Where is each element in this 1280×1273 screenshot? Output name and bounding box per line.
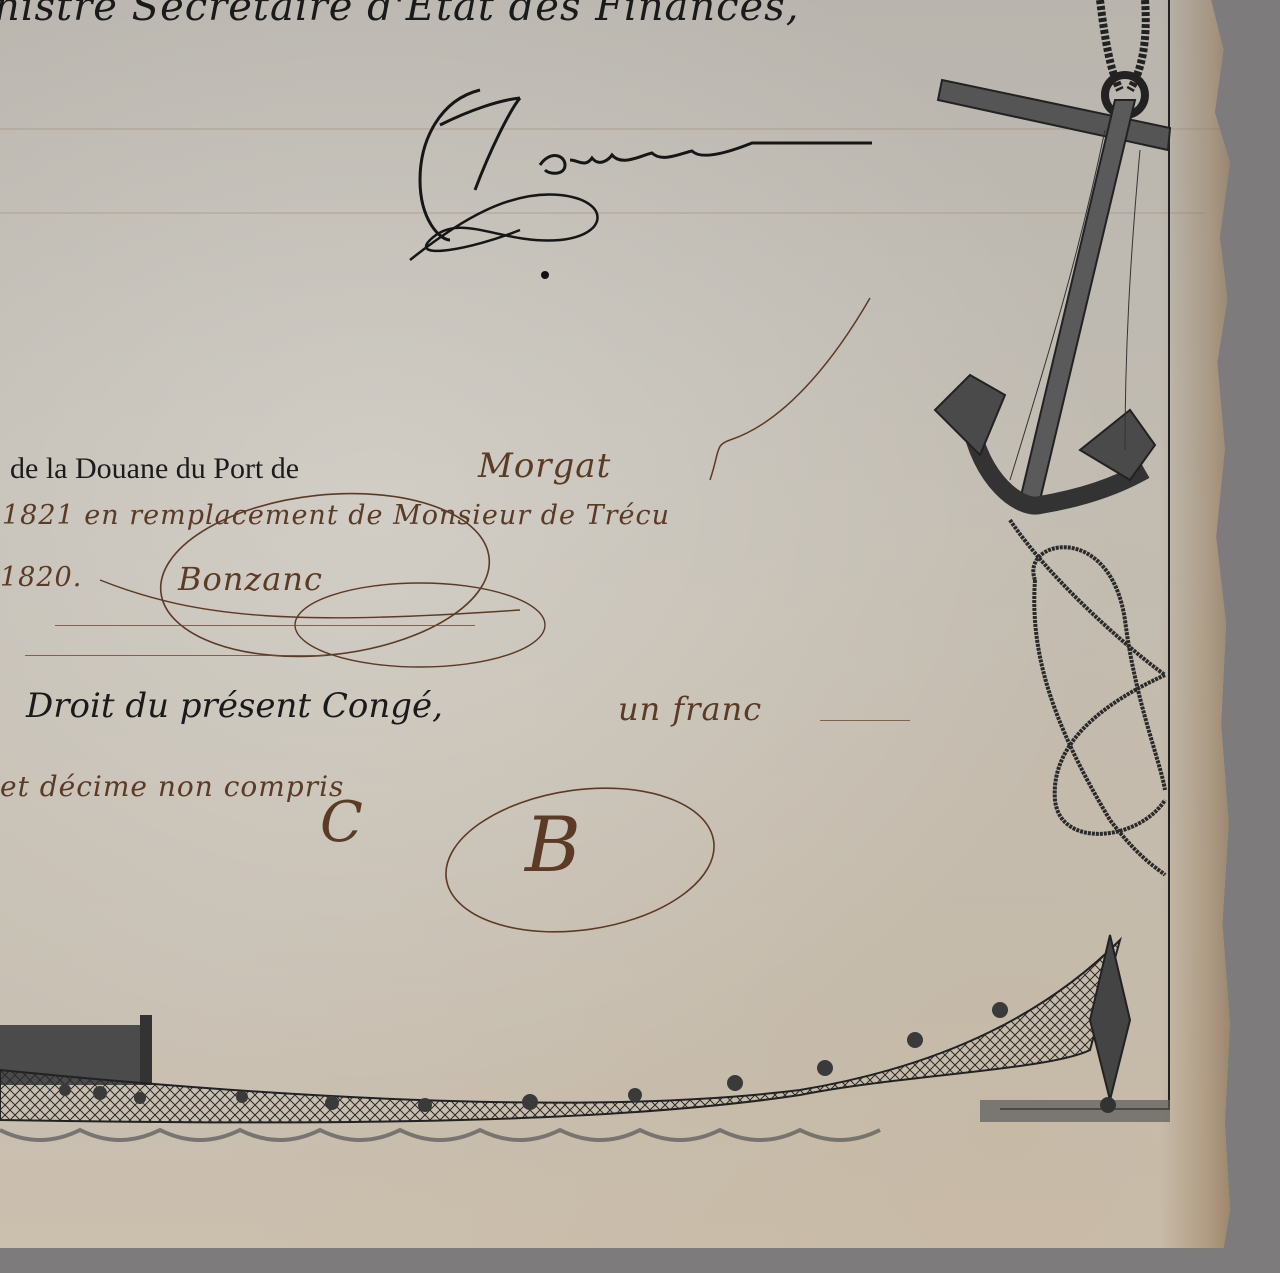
ink-flourish-line — [600, 290, 900, 490]
handwritten-port-name: Morgat — [478, 446, 611, 486]
paraph-initial-b: B — [525, 800, 582, 889]
buoy-weight — [1090, 935, 1130, 1100]
printed-port-line: de la Douane du Port de — [10, 452, 299, 486]
handwritten-amount: un franc — [618, 690, 762, 728]
underline-rule — [55, 625, 475, 626]
knotted-rope — [990, 500, 1190, 920]
signature-corvetto — [380, 70, 860, 290]
signature-bonzanc-flourish — [40, 490, 600, 670]
handwritten-initial-c: C — [320, 790, 364, 855]
document-paper: nistre Secrétaire d'État des Finances, d… — [0, 0, 1255, 1248]
fishing-net-illustration — [0, 900, 1180, 1130]
printed-droit-line: Droit du présent Congé, — [26, 686, 443, 726]
header-minister-title: nistre Secrétaire d'État des Finances, — [0, 0, 799, 30]
underline-rule — [25, 655, 325, 656]
fill-rule — [820, 720, 910, 721]
handwritten-decime-line: et décime non compris — [0, 770, 344, 803]
anchor-illustration — [930, 0, 1190, 560]
